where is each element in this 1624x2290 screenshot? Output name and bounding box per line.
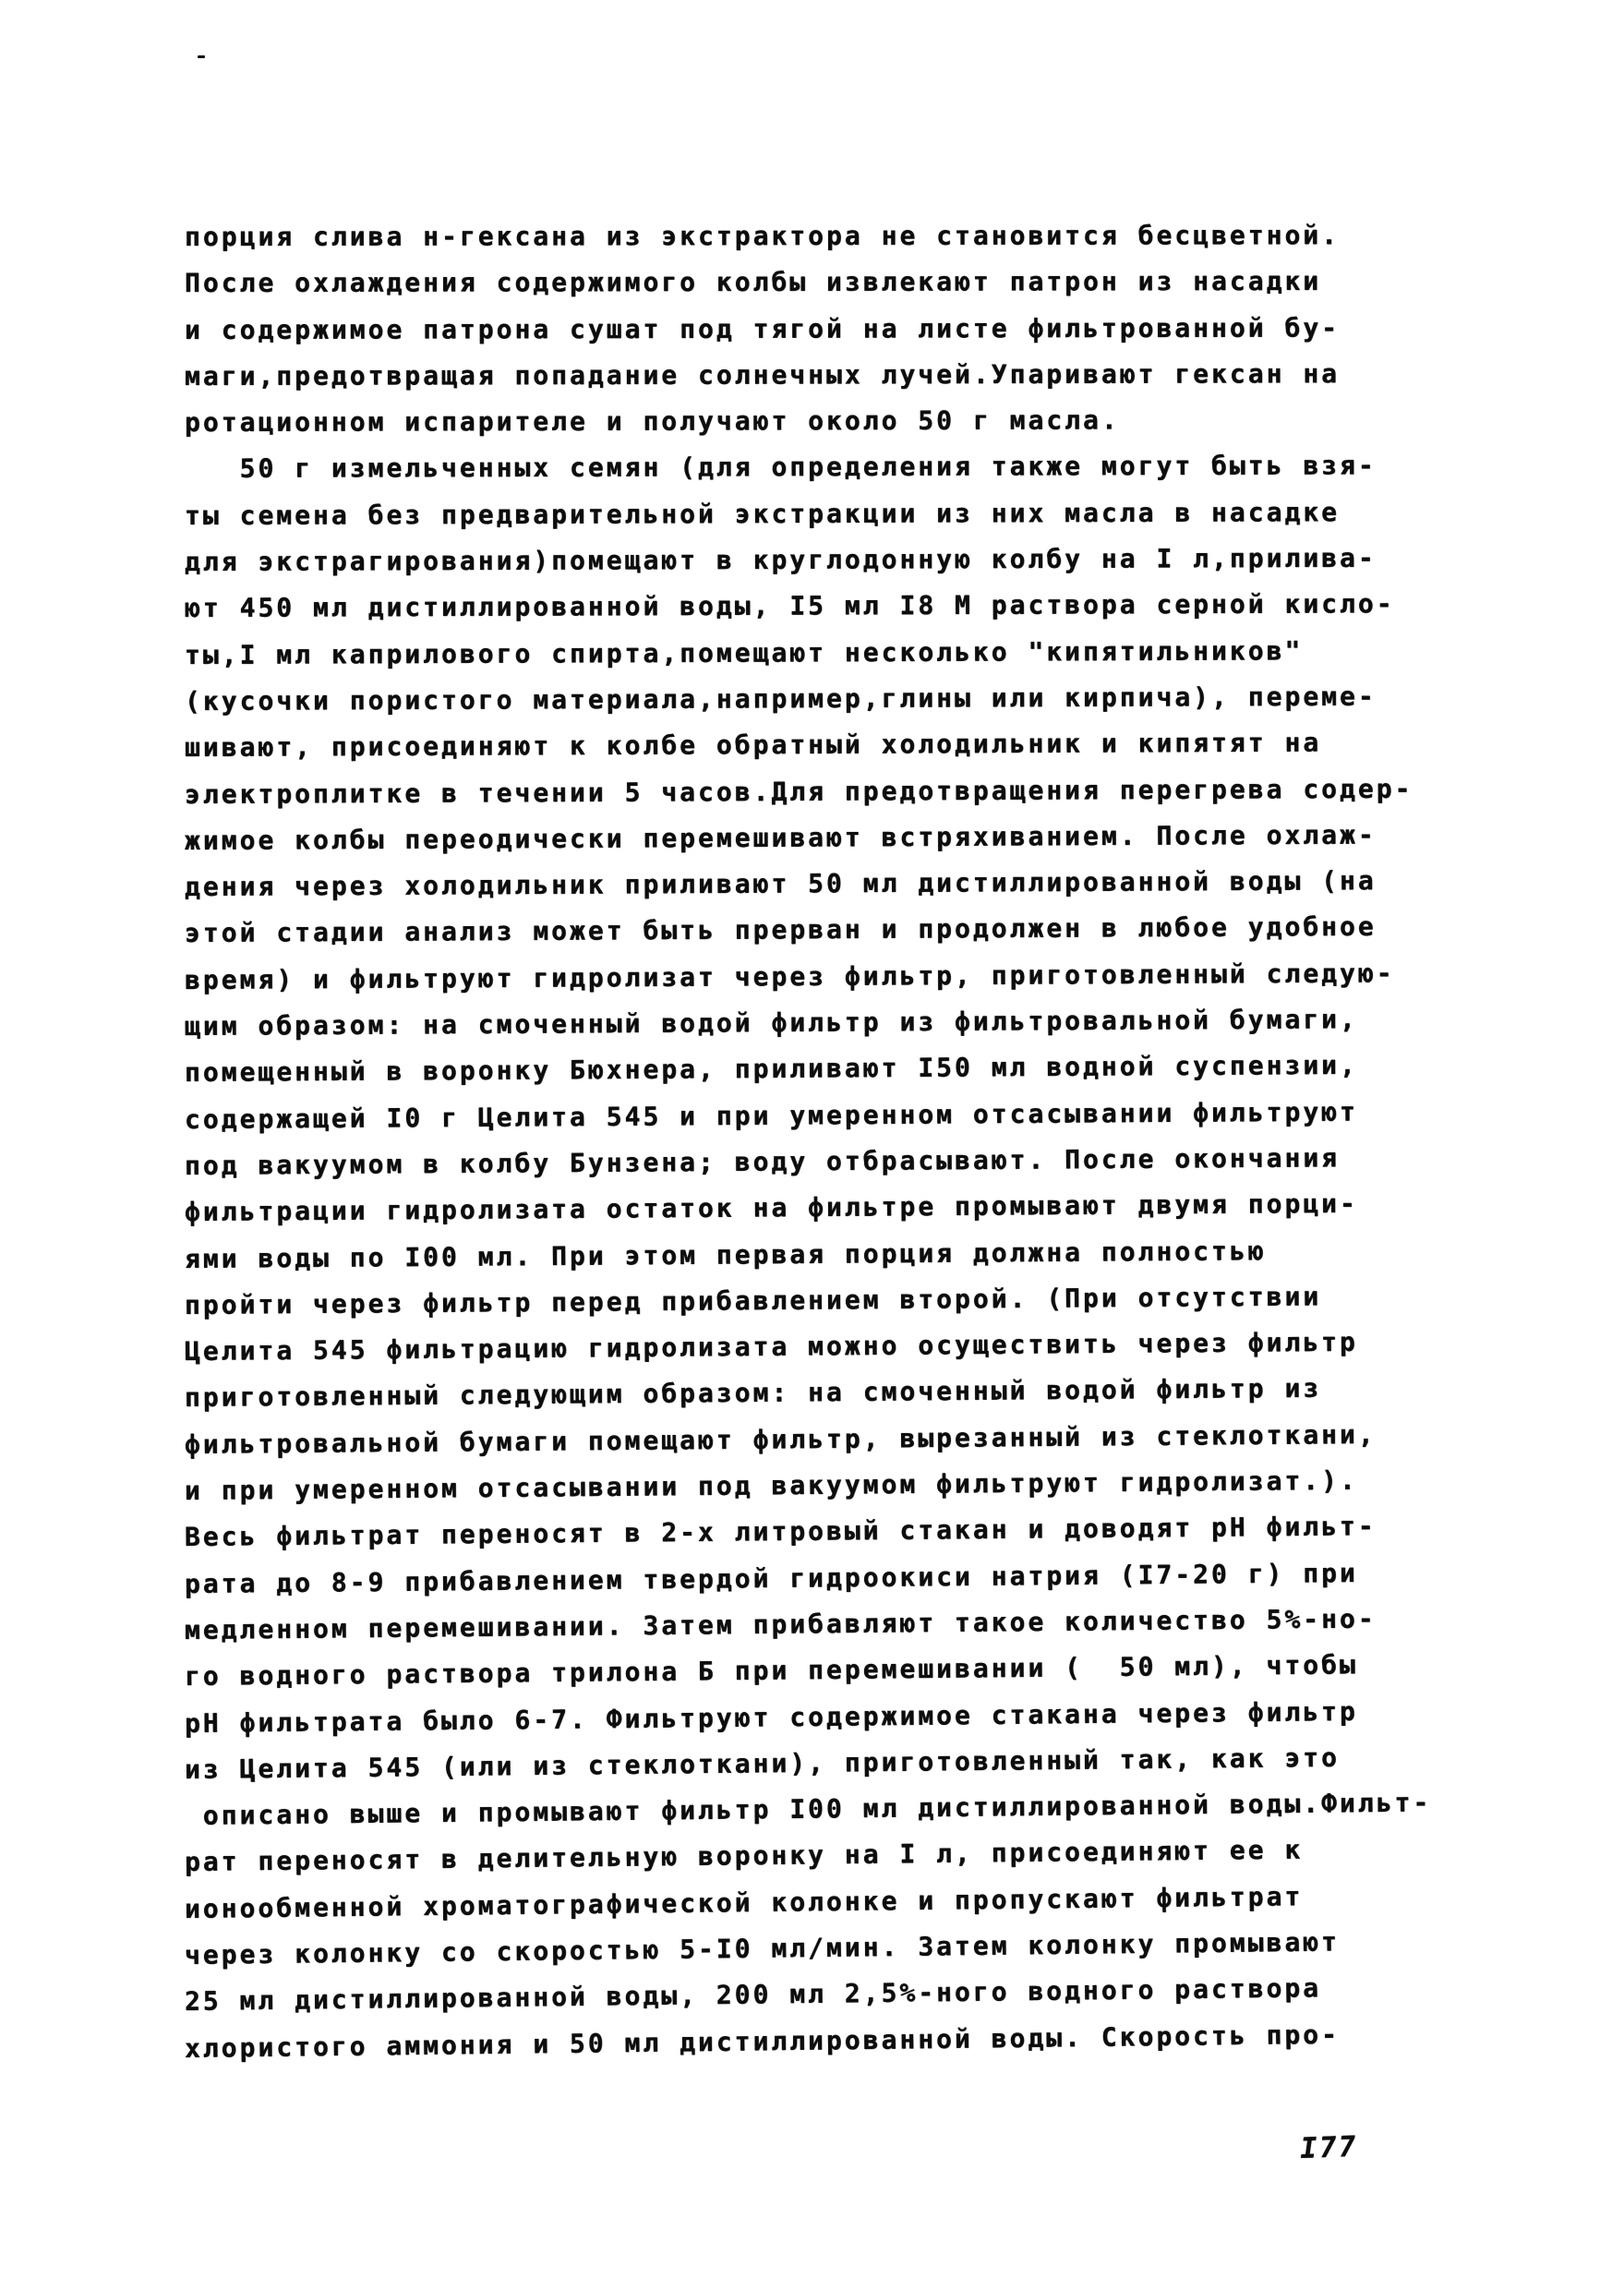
text-line: для экстрагирования)помещают в круглодон… (185, 535, 1551, 585)
text-line: После охлаждения содержимого колбы извле… (185, 259, 1551, 307)
text-line: (кусочки пористого материала,например,гл… (185, 673, 1551, 725)
scanned-page: порция слива н-гексана из экстрактора не… (0, 0, 1624, 2290)
text-line: время) и фильтруют гидролизат через филь… (185, 949, 1551, 1004)
scan-artifact (198, 55, 205, 58)
text-line: шивают, присоединяют к колбе обратный хо… (185, 719, 1551, 772)
text-line: дения через холодильник приливают 50 мл … (185, 857, 1551, 910)
text-line: этой стадии анализ может быть прерван и … (185, 903, 1551, 958)
page-number: I77 (1297, 2130, 1359, 2165)
text-line: электроплитке в течении 5 часов.Для пред… (185, 765, 1551, 818)
text-line: жимое колбы переодически перемешивают вс… (185, 811, 1551, 864)
text-line: порция слива н-гексана из экстрактора не… (185, 212, 1551, 260)
text-line: ротационном испарителе и получают около … (185, 396, 1551, 446)
text-line: маги,предотвращая попадание солнечных лу… (185, 351, 1551, 401)
text-line: ют 450 мл дистиллированной воды, I5 мл I… (185, 581, 1551, 633)
text-line: ты,I мл каприлового спирта,помещают неск… (185, 627, 1551, 679)
document-body-text: порция слива н-гексана из экстрактора не… (185, 214, 1551, 2072)
text-line: и содержимое патрона сушат под тягой на … (185, 305, 1551, 354)
text-line: 50 г измельченных семян (для определения… (185, 442, 1551, 492)
text-line: ты семена без предварительной экстракции… (185, 488, 1551, 539)
